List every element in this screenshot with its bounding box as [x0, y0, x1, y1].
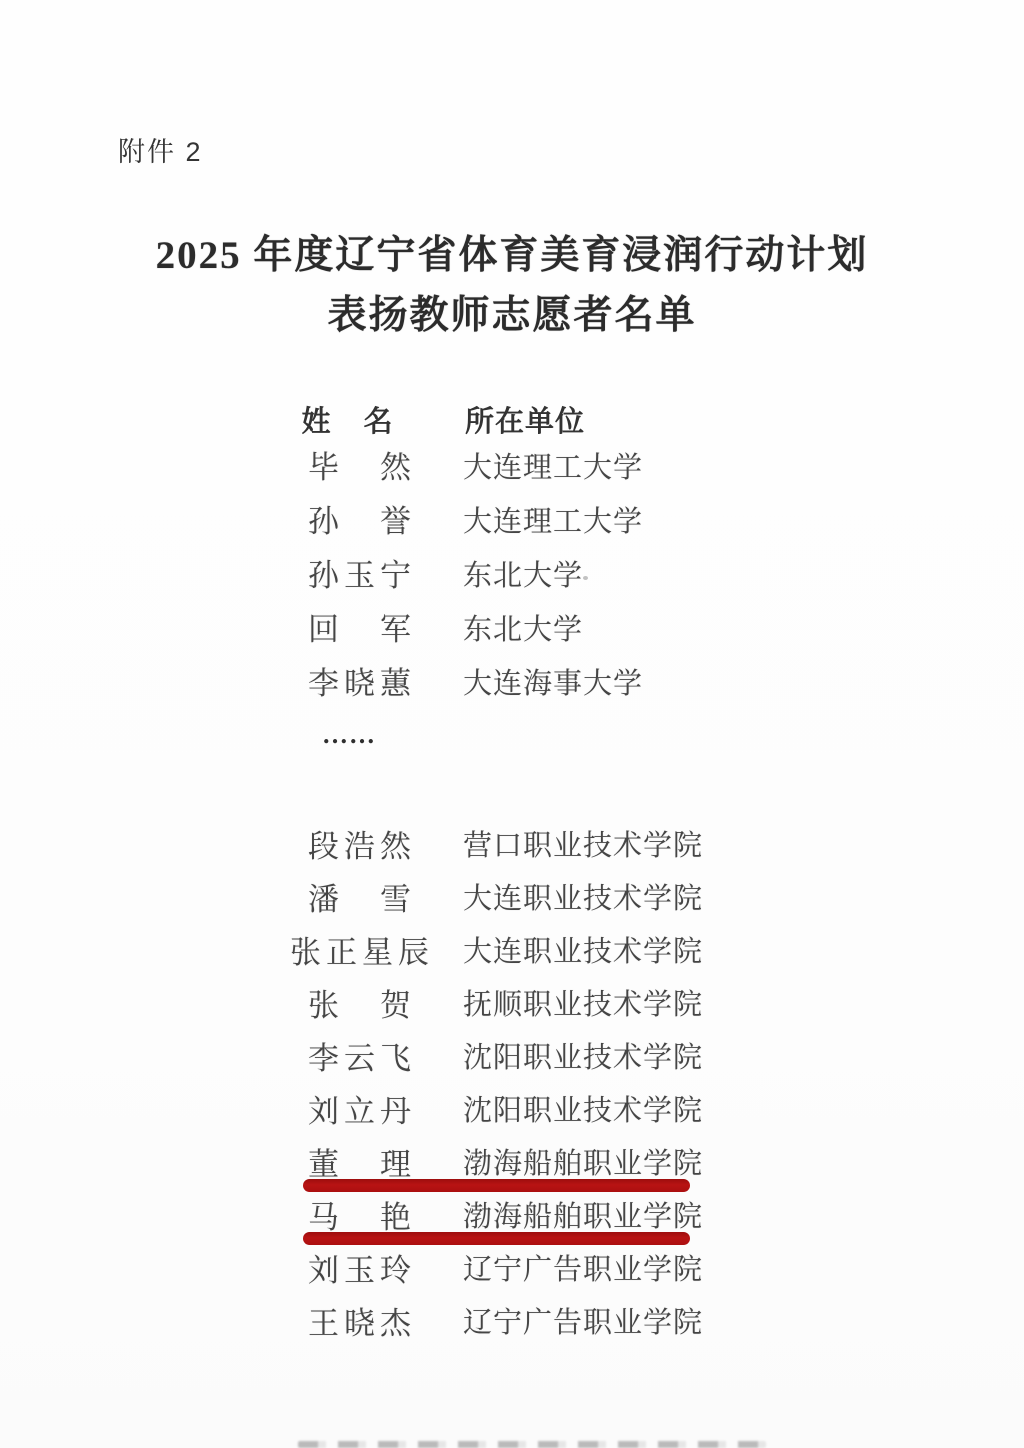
table-row: 王晓杰辽宁广告职业学院	[0, 1297, 1024, 1350]
title-line-2: 表扬教师志愿者名单	[0, 286, 1024, 346]
table-row: 毕 然大连理工大学	[0, 441, 1024, 495]
table-row: 李晓蕙大连海事大学	[0, 657, 1024, 711]
table-row: 李云飞沈阳职业技术学院	[0, 1032, 1024, 1085]
unit-cell: 抚顺职业技术学院	[463, 979, 703, 1032]
unit-cell: 沈阳职业技术学院	[463, 1032, 703, 1085]
name-cell: 潘 雪	[267, 873, 457, 926]
unit-cell: 大连理工大学	[463, 441, 643, 495]
table-row: 潘 雪大连职业技术学院	[0, 873, 1024, 926]
unit-cell: 大连理工大学	[463, 495, 643, 549]
scan-dot-artifact	[583, 576, 588, 580]
unit-cell: 大连海事大学	[463, 657, 643, 711]
unit-cell: 辽宁广告职业学院	[463, 1244, 703, 1297]
ellipsis-marker: ……	[322, 720, 376, 750]
name-cell: 刘立丹	[267, 1085, 457, 1138]
list-header-row: 姓 名 所在单位	[0, 400, 1024, 444]
name-cell: 刘玉玲	[267, 1244, 457, 1297]
attachment-label: 附件 2	[118, 130, 203, 169]
name-cell: 孙 誉	[267, 495, 457, 549]
table-row: 张正星辰大连职业技术学院	[0, 926, 1024, 979]
unit-cell: 东北大学	[463, 603, 583, 657]
unit-cell: 大连职业技术学院	[463, 873, 703, 926]
volunteer-rows-bottom: 段浩然营口职业技术学院潘 雪大连职业技术学院张正星辰大连职业技术学院张 贺抚顺职…	[0, 820, 1024, 1350]
name-cell: 孙玉宁	[267, 549, 457, 603]
name-cell: 回 军	[267, 603, 457, 657]
name-cell: 段浩然	[267, 820, 457, 873]
name-cell: 毕 然	[267, 441, 457, 495]
table-row: 马 艳渤海船舶职业学院	[0, 1191, 1024, 1244]
name-cell: 王晓杰	[267, 1297, 457, 1350]
unit-cell: 沈阳职业技术学院	[463, 1085, 703, 1138]
table-row: 张 贺抚顺职业技术学院	[0, 979, 1024, 1032]
header-unit-label: 所在单位	[465, 400, 585, 444]
document-page: 附件 2 2025 年度辽宁省体育美育浸润行动计划 表扬教师志愿者名单 姓 名 …	[0, 0, 1024, 1448]
page-bottom-smudge-artifact	[298, 1441, 766, 1448]
name-cell: 张 贺	[267, 979, 457, 1032]
table-row: 段浩然营口职业技术学院	[0, 820, 1024, 873]
table-row: 刘玉玲辽宁广告职业学院	[0, 1244, 1024, 1297]
table-row: 刘立丹沈阳职业技术学院	[0, 1085, 1024, 1138]
header-name-label: 姓 名	[253, 400, 443, 444]
table-row: 孙玉宁东北大学	[0, 549, 1024, 603]
name-cell: 张正星辰	[267, 926, 457, 979]
document-title: 2025 年度辽宁省体育美育浸润行动计划 表扬教师志愿者名单	[0, 226, 1024, 346]
unit-cell: 大连职业技术学院	[463, 926, 703, 979]
table-row: 孙 誉大连理工大学	[0, 495, 1024, 549]
unit-cell: 营口职业技术学院	[463, 820, 703, 873]
unit-cell: 东北大学	[463, 549, 583, 603]
title-line-1: 2025 年度辽宁省体育美育浸润行动计划	[0, 226, 1024, 286]
name-cell: 李晓蕙	[267, 657, 457, 711]
unit-cell: 辽宁广告职业学院	[463, 1297, 703, 1350]
name-cell: 李云飞	[267, 1032, 457, 1085]
volunteer-rows-top: 毕 然大连理工大学孙 誉大连理工大学孙玉宁东北大学回 军东北大学李晓蕙大连海事大…	[0, 441, 1024, 711]
table-row: 回 军东北大学	[0, 603, 1024, 657]
table-row: 董 理渤海船舶职业学院	[0, 1138, 1024, 1191]
